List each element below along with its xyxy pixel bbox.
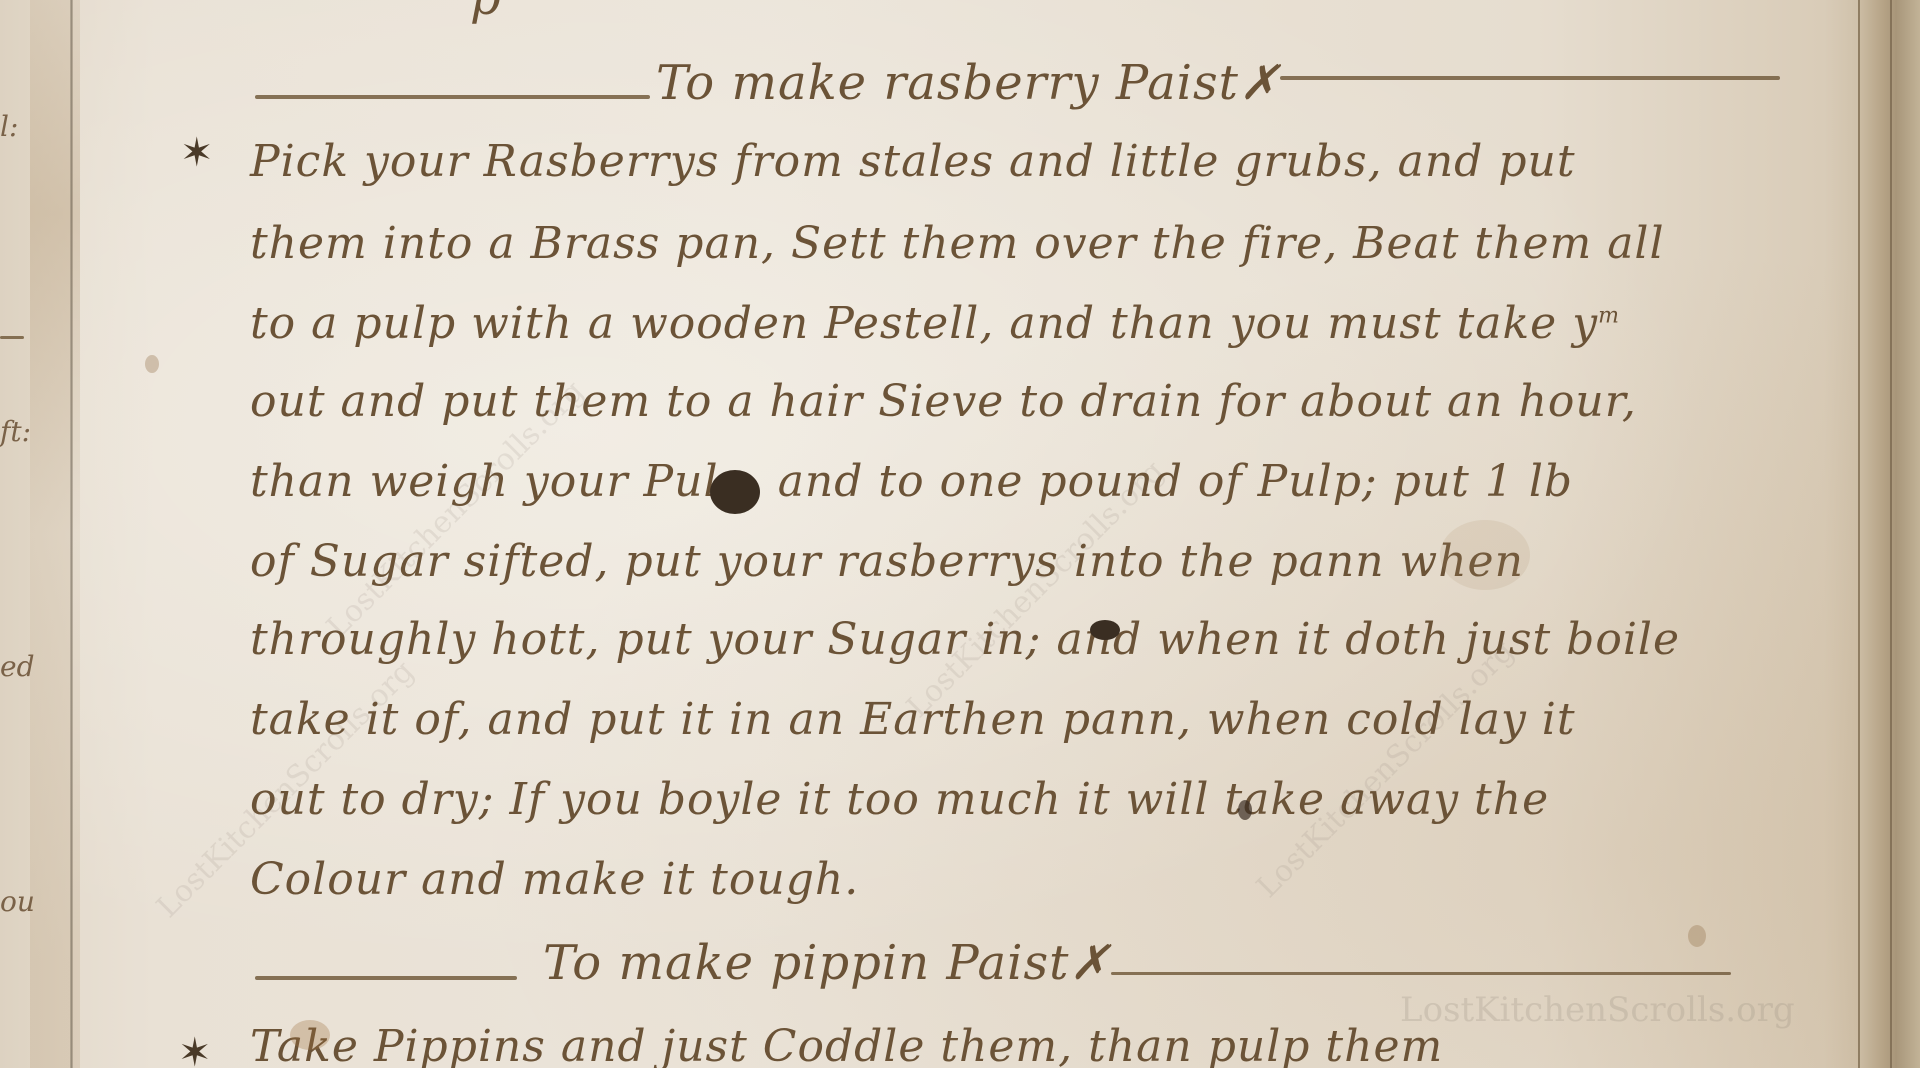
heading-rule-right xyxy=(1280,76,1780,80)
recipe-line: Pick your Rasberrys from stales and litt… xyxy=(250,140,1576,184)
ink-blot xyxy=(1090,620,1120,640)
cross-mark-icon: ✗ xyxy=(1239,55,1280,111)
margin-fragment: ou xyxy=(0,885,35,918)
heading-rule-left xyxy=(255,95,650,99)
watermark: LostKitchenScrolls.org xyxy=(1250,634,1521,905)
paper-stain xyxy=(145,355,159,373)
margin-rule xyxy=(0,336,24,339)
recipe-line-text: than weigh your Pulp, and to one pound o… xyxy=(250,456,1573,507)
margin-fragment: ed xyxy=(0,650,35,683)
recipe-title: To make pippin Paist xyxy=(537,935,1075,991)
watermark: LostKitchenScrolls.org xyxy=(1400,990,1795,1030)
paper-stain xyxy=(1440,520,1530,590)
recipe-line: of Sugar sifted, put your rasberrys into… xyxy=(250,540,1524,584)
superscript: m xyxy=(1598,303,1620,328)
margin-fragment: ft: xyxy=(0,415,31,448)
ink-blot xyxy=(710,470,760,514)
margin-star-icon: ✶ xyxy=(178,1030,212,1068)
recipe-heading-rasberry: To make rasberry Paist ✗ xyxy=(255,55,1780,111)
ink-blot xyxy=(1238,800,1252,820)
recipe-line: them into a Brass pan, Sett them over th… xyxy=(250,222,1665,266)
recipe-line: out and put them to a hair Sieve to drai… xyxy=(250,380,1637,424)
recipe-line: to a pulp with a wooden Pestell, and tha… xyxy=(250,302,1620,346)
binding-fold-line xyxy=(70,0,73,1068)
manuscript-page: LostKitchenScrolls.org LostKitchenScroll… xyxy=(0,0,1920,1068)
recipe-line: out to dry; If you boyle it too much it … xyxy=(250,778,1549,822)
margin-star-icon: ✶ xyxy=(180,130,214,176)
recipe-title: To make rasberry Paist xyxy=(650,55,1245,111)
page-right-edge xyxy=(1858,0,1920,1068)
paper-stain xyxy=(290,1020,330,1050)
cross-mark-icon: ✗ xyxy=(1069,935,1110,991)
paper-stain xyxy=(1688,925,1706,947)
recipe-line: throughly hott, put your Sugar in; and w… xyxy=(250,618,1680,662)
recipe-line: Take Pippins and just Coddle them, than … xyxy=(250,1025,1443,1068)
margin-fragment: l: xyxy=(0,110,18,143)
heading-rule-right xyxy=(1111,972,1731,975)
page-edge-line xyxy=(1890,0,1892,1068)
recipe-line: than weigh your Pulp, and to one pound o… xyxy=(250,460,1573,504)
recipe-line: Colour and make it tough. xyxy=(250,858,859,902)
top-fragment: p xyxy=(470,0,502,26)
recipe-line: take it of, and put it in an Earthen pan… xyxy=(250,698,1576,742)
heading-rule-left xyxy=(255,976,517,980)
recipe-line-text: to a pulp with a wooden Pestell, and tha… xyxy=(250,298,1598,349)
recipe-heading-pippin: To make pippin Paist ✗ xyxy=(255,935,1731,991)
